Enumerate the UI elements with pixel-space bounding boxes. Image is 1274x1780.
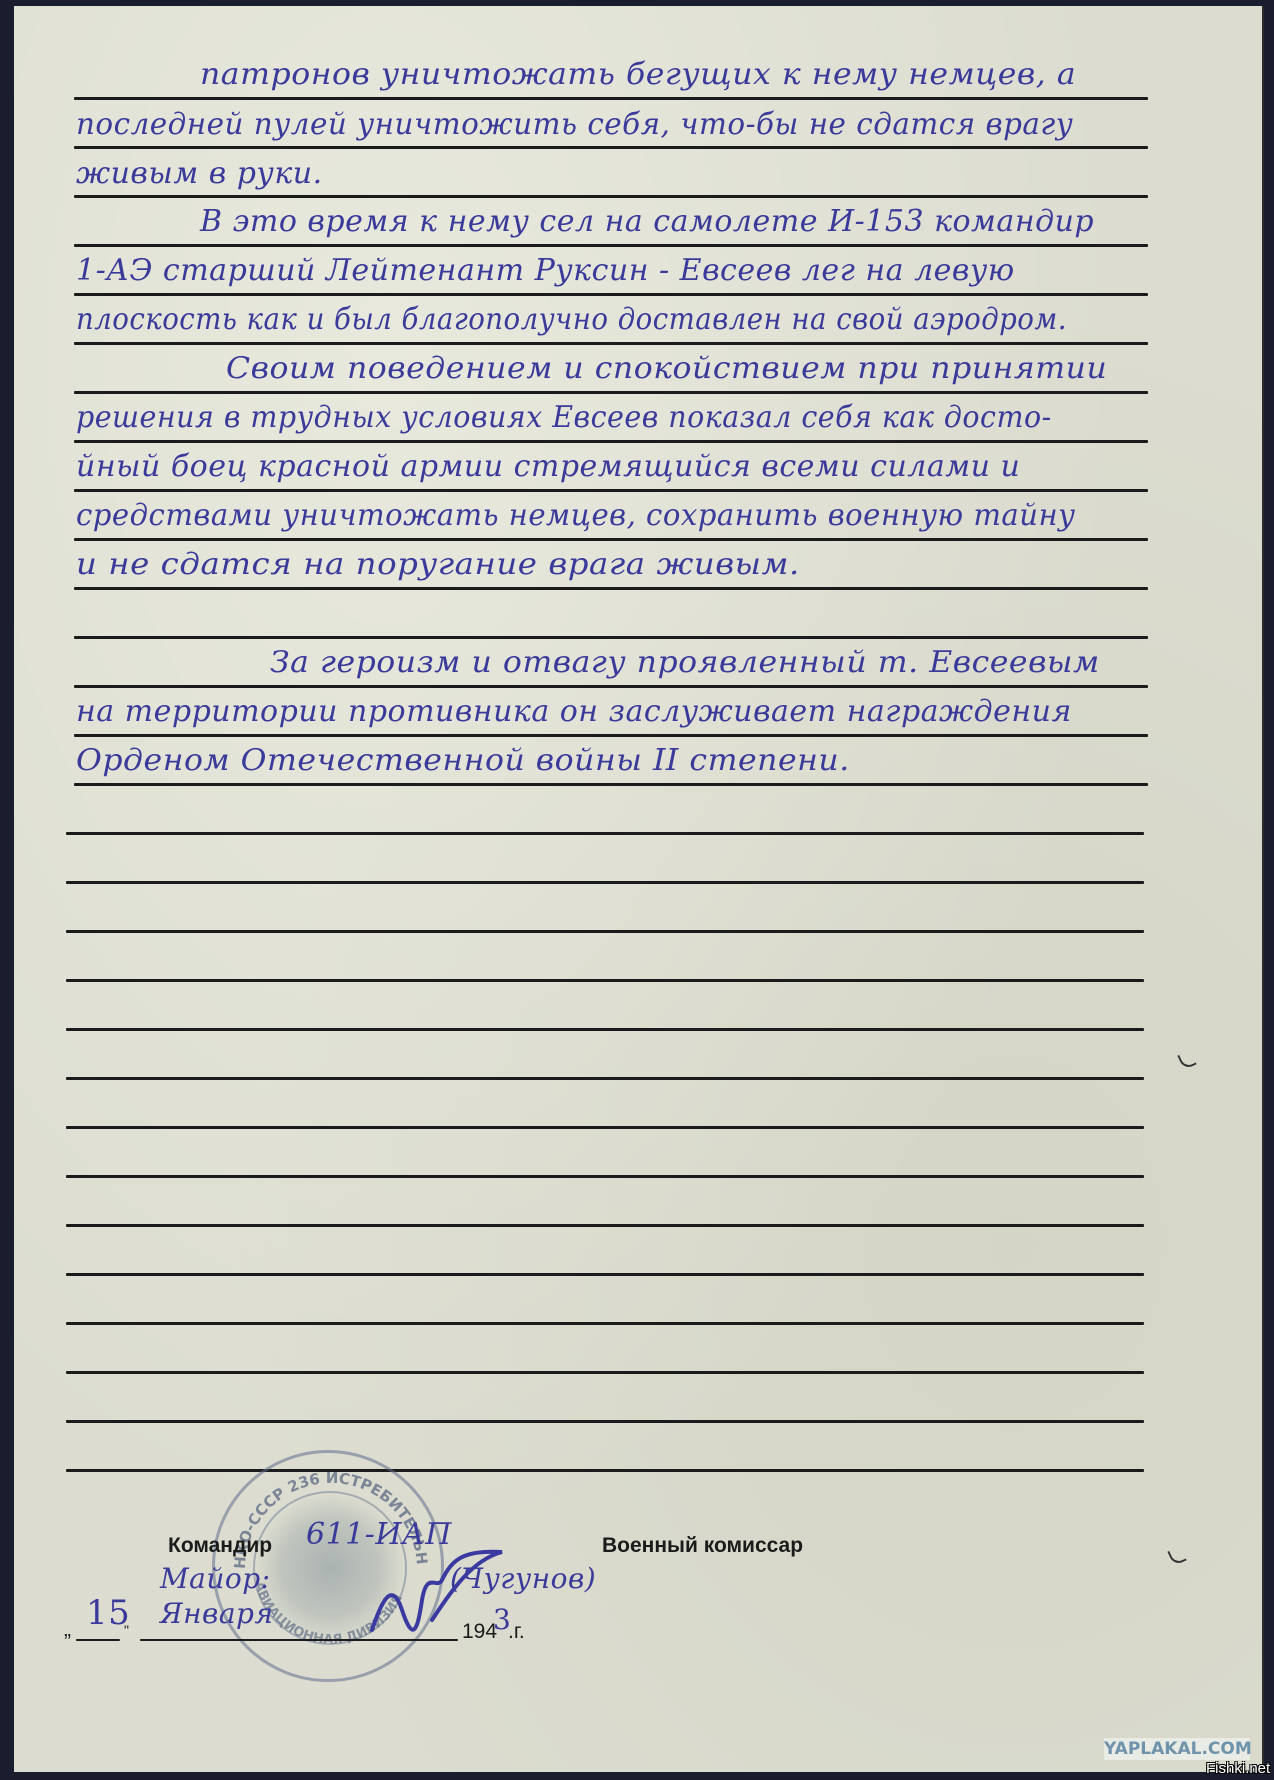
fishki-watermark: Fishki.net xyxy=(1206,1760,1270,1777)
handwritten-line: 1-АЭ старший Лейтенант Руксин - Евсеев л… xyxy=(76,256,1015,286)
rule-line xyxy=(66,1371,1144,1374)
rule-line xyxy=(74,293,1148,296)
rule-line xyxy=(74,195,1148,198)
rule-line xyxy=(74,783,1148,786)
handwritten-line: йный боец красной армии стремящийся всем… xyxy=(76,452,1020,482)
rule-line xyxy=(74,489,1148,492)
date-year-prefix: 194 xyxy=(462,1620,497,1644)
rule-line xyxy=(74,342,1148,345)
rule-line xyxy=(66,1273,1144,1276)
date-year-suffix: .г. xyxy=(508,1620,525,1644)
date-day-line xyxy=(76,1639,120,1641)
handwritten-line: Орденом Отечественной войны II степени. xyxy=(76,746,850,776)
handwritten-line: патронов уничтожать бегущих к нему немце… xyxy=(200,60,1076,90)
rule-line xyxy=(66,930,1144,933)
handwritten-line: средствами уничтожать немцев, сохранить … xyxy=(76,501,1075,531)
rule-line xyxy=(74,734,1148,737)
rule-line xyxy=(66,832,1144,835)
handwritten-line: За героизм и отвагу проявленный т. Евсее… xyxy=(270,648,1100,678)
date-quote-open: „ xyxy=(64,1618,71,1642)
rule-line xyxy=(74,636,1148,639)
commander-rank: Майор: xyxy=(160,1565,271,1593)
rule-line xyxy=(74,391,1148,394)
date-month-line xyxy=(140,1639,458,1641)
rule-line xyxy=(66,1175,1144,1178)
rule-line xyxy=(66,979,1144,982)
date-month: Января xyxy=(160,1600,274,1628)
yaplakal-watermark: YAPLAKAL.COM xyxy=(1104,1738,1250,1760)
rule-line xyxy=(66,1077,1144,1080)
rule-line xyxy=(74,146,1148,149)
handwritten-line: и не сдатся на поругание врага живым. xyxy=(76,550,800,580)
rule-line xyxy=(66,1224,1144,1227)
rule-line xyxy=(74,440,1148,443)
handwritten-line: на территории противника он заслуживает … xyxy=(76,697,1072,727)
rule-line xyxy=(74,587,1148,590)
handwritten-line: Своим поведением и спокойствием при прин… xyxy=(226,354,1107,384)
rule-line xyxy=(66,1322,1144,1325)
handwritten-line: решения в трудных условиях Евсеев показа… xyxy=(76,403,1052,433)
rule-line xyxy=(66,1028,1144,1031)
rule-line xyxy=(74,97,1148,100)
date-quote-close: " xyxy=(124,1622,129,1638)
commissar-label: Военный комиссар xyxy=(602,1534,803,1558)
rule-line xyxy=(66,1126,1144,1129)
rule-line xyxy=(66,1420,1144,1423)
handwritten-line: В это время к нему сел на самолете И-153… xyxy=(200,207,1094,237)
rule-line xyxy=(74,244,1148,247)
handwritten-line: последней пулей уничтожить себя, что-бы … xyxy=(76,110,1073,140)
rule-line xyxy=(74,538,1148,541)
rule-line xyxy=(74,685,1148,688)
handwritten-line: живым в руки. xyxy=(76,159,323,189)
handwritten-line: плоскость как и был благополучно доставл… xyxy=(76,305,1067,335)
commander-label: Командир xyxy=(168,1534,272,1558)
rule-line xyxy=(66,881,1144,884)
